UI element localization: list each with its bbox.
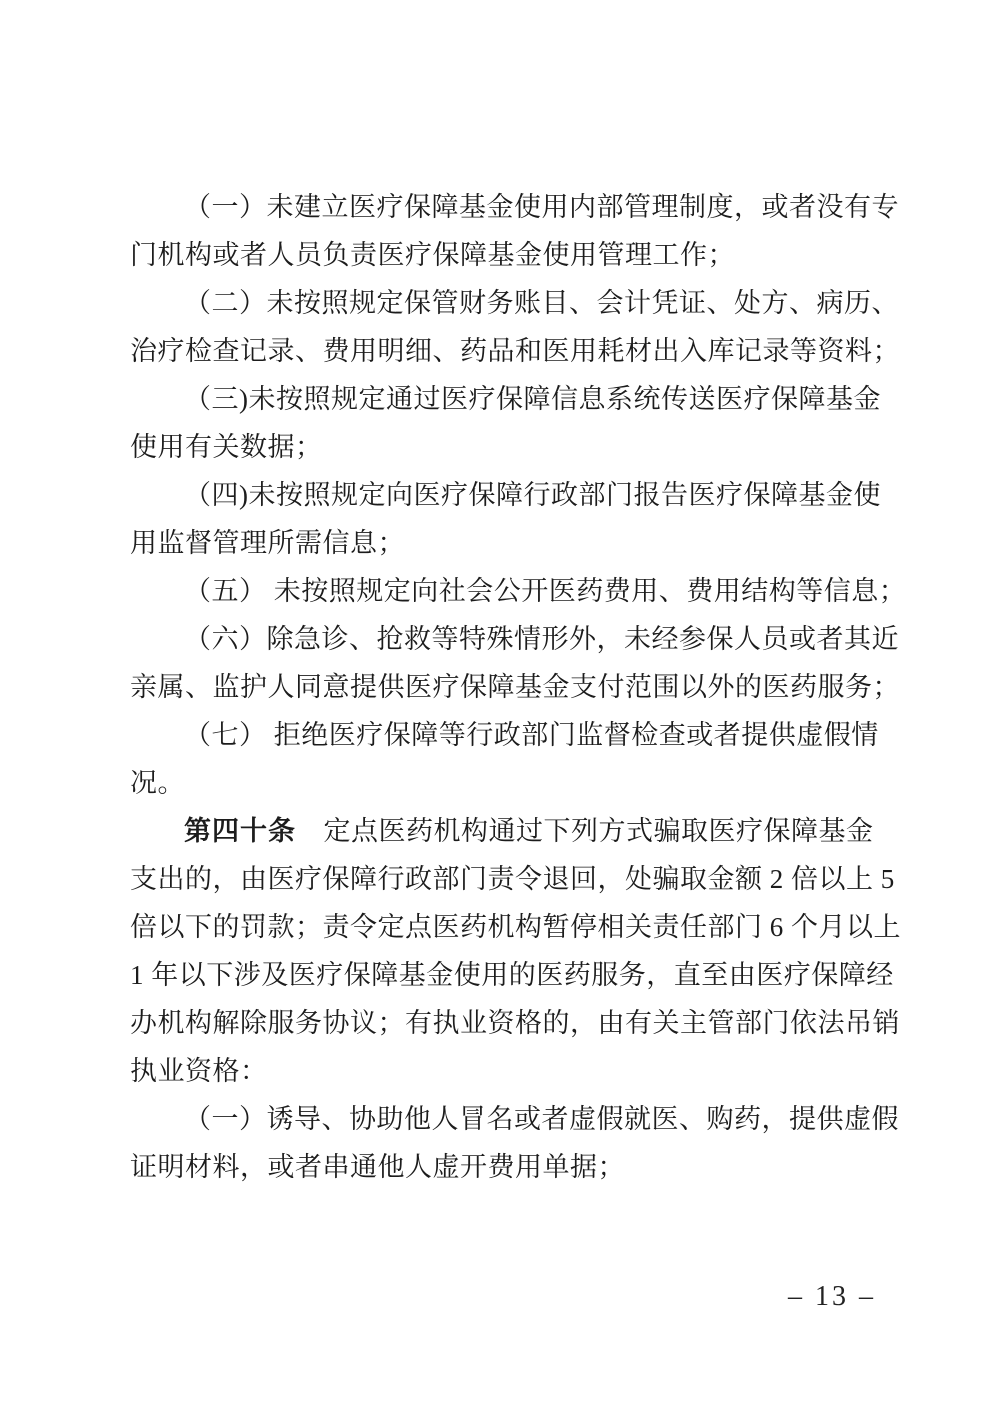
list-item-paragraph: （一）未建立医疗保障基金使用内部管理制度，或者没有专 门机构或者人员负责医疗保障… bbox=[130, 183, 914, 279]
article-number: 第四十条 bbox=[184, 816, 296, 846]
list-item-paragraph: （二）未按照规定保管财务账目、会计凭证、处方、病历、 治疗检查记录、费用明细、药… bbox=[130, 279, 914, 375]
paragraph-text: （六）除急诊、抢救等特殊情形外，未经参保人员或者其近 亲属、监护人同意提供医疗保… bbox=[130, 624, 900, 702]
paragraph-text: （一）诱导、协助他人冒名或者虚假就医、购药，提供虚假 证明材料，或者串通他人虚开… bbox=[130, 1104, 899, 1182]
paragraph-text: （五） 未按照规定向社会公开医药费用、费用结构等信息； bbox=[184, 576, 906, 606]
list-item-paragraph: （四)未按照规定向医疗保障行政部门报告医疗保障基金使 用监督管理所需信息； bbox=[130, 471, 914, 567]
paragraph-text: （七） 拒绝医疗保障等行政部门监督检查或者提供虚假情 况。 bbox=[130, 720, 879, 798]
list-item-paragraph: （七） 拒绝医疗保障等行政部门监督检查或者提供虚假情 况。 bbox=[130, 711, 914, 807]
list-item-paragraph: （一）诱导、协助他人冒名或者虚假就医、购药，提供虚假 证明材料，或者串通他人虚开… bbox=[130, 1095, 914, 1191]
page-number: – 13 – bbox=[788, 1280, 908, 1314]
list-item-paragraph: （六）除急诊、抢救等特殊情形外，未经参保人员或者其近 亲属、监护人同意提供医疗保… bbox=[130, 615, 914, 711]
list-item-paragraph: （五） 未按照规定向社会公开医药费用、费用结构等信息； bbox=[130, 567, 914, 615]
document-body: （一）未建立医疗保障基金使用内部管理制度，或者没有专 门机构或者人员负责医疗保障… bbox=[130, 183, 914, 1191]
paragraph-text: （三)未按照规定通过医疗保障信息系统传送医疗保障基金 使用有关数据； bbox=[130, 384, 881, 462]
paragraph-text: （一）未建立医疗保障基金使用内部管理制度，或者没有专 门机构或者人员负责医疗保障… bbox=[130, 192, 899, 270]
list-item-paragraph: （三)未按照规定通过医疗保障信息系统传送医疗保障基金 使用有关数据； bbox=[130, 375, 914, 471]
paragraph-text: （二）未按照规定保管财务账目、会计凭证、处方、病历、 治疗检查记录、费用明细、药… bbox=[130, 288, 900, 366]
paragraph-text: 定点医药机构通过下列方式骗取医疗保障基金 支出的，由医疗保障行政部门责令退回，处… bbox=[130, 816, 901, 1086]
paragraph-text: （四)未按照规定向医疗保障行政部门报告医疗保障基金使 用监督管理所需信息； bbox=[130, 480, 881, 558]
article-paragraph: 第四十条 定点医药机构通过下列方式骗取医疗保障基金 支出的，由医疗保障行政部门责… bbox=[130, 807, 914, 1095]
document-page: （一）未建立医疗保障基金使用内部管理制度，或者没有专 门机构或者人员负责医疗保障… bbox=[0, 0, 1000, 1414]
